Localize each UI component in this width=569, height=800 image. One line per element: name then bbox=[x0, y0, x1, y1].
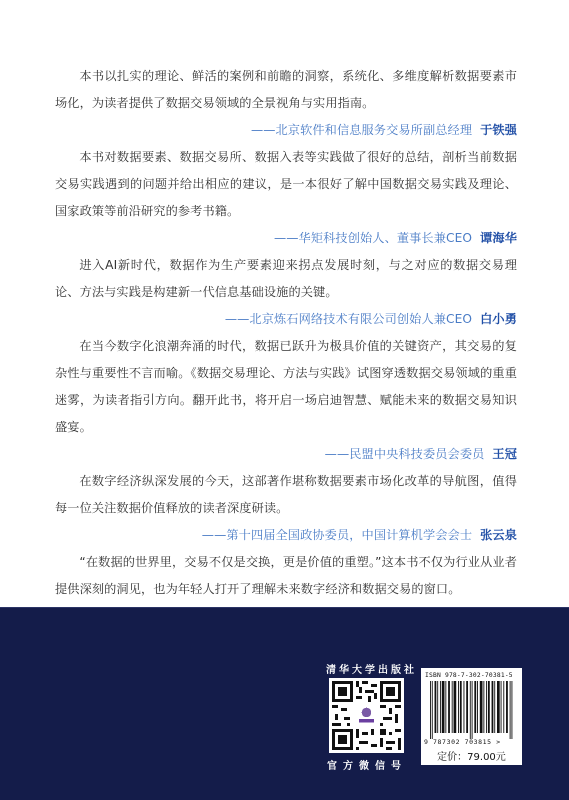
endorser-title: ——第十四届全国政协委员，中国计算机学会会士 bbox=[202, 528, 472, 542]
endorsement: 本书对数据要素、数据交易所、数据入表等实践做了很好的总结，剖析当前数据交易实践遇… bbox=[55, 144, 517, 252]
endorsement-text: 在数字经济纵深发展的今天，这部著作堪称数据要素市场化改革的导航图，值得每一位关注… bbox=[55, 468, 517, 522]
endorsement-text: 本书以扎实的理论、鲜活的案例和前瞻的洞察，系统化、多维度解析数据要素市场化，为读… bbox=[55, 63, 517, 117]
qr-code-icon[interactable] bbox=[329, 678, 404, 753]
price-label: 定价：79.00元 bbox=[421, 748, 522, 763]
endorsement: 在数字经济纵深发展的今天，这部著作堪称数据要素市场化改革的导航图，值得每一位关注… bbox=[55, 468, 517, 549]
endorser-title: ——民盟中央科技委员会委员 bbox=[325, 447, 485, 461]
endorser-name: 白小勇 bbox=[480, 312, 517, 326]
endorsement-attribution: ——北京软件和信息服务交易所副总经理于铁强 bbox=[55, 117, 517, 144]
endorsement: 进入AI新时代，数据作为生产要素迎来拐点发展时刻，与之对应的数据交易理论、方法与… bbox=[55, 252, 517, 333]
barcode-icon bbox=[430, 681, 516, 739]
endorser-title: ——华矩科技创始人、董事长兼CEO bbox=[274, 231, 472, 245]
endorser-name: 张云泉 bbox=[480, 528, 517, 542]
endorsement-attribution: ——第十四届全国政协委员，中国计算机学会会士张云泉 bbox=[55, 522, 517, 549]
endorser-name: 于铁强 bbox=[480, 123, 517, 137]
isbn-number: ISBN 978-7-302-70381-5 bbox=[425, 672, 519, 679]
book-back-cover: 本书以扎实的理论、鲜活的案例和前瞻的洞察，系统化、多维度解析数据要素市场化，为读… bbox=[0, 0, 569, 800]
qr-code-graphic bbox=[329, 678, 404, 753]
endorser-title: ——北京软件和信息服务交易所副总经理 bbox=[251, 123, 472, 137]
endorsement-text: 进入AI新时代，数据作为生产要素迎来拐点发展时刻，与之对应的数据交易理论、方法与… bbox=[55, 252, 517, 306]
endorsement: 本书以扎实的理论、鲜活的案例和前瞻的洞察，系统化、多维度解析数据要素市场化，为读… bbox=[55, 63, 517, 144]
ean-digits: 9 787302 703815 > bbox=[424, 738, 520, 746]
endorser-title: ——北京炼石网络技术有限公司创始人兼CEO bbox=[225, 312, 472, 326]
publisher-name: 清华大学出版社 bbox=[326, 661, 408, 676]
isbn-barcode: ISBN 978-7-302-70381-5 9 787302 70381 bbox=[421, 668, 522, 765]
endorsement: 在当今数字化浪潮奔涌的时代，数据已跃升为极具价值的关键资产，其交易的复杂性与重要… bbox=[55, 333, 517, 468]
endorsement-text: 本书对数据要素、数据交易所、数据入表等实践做了很好的总结，剖析当前数据交易实践遇… bbox=[55, 144, 517, 225]
endorsement-attribution: ——华矩科技创始人、董事长兼CEO谭海华 bbox=[55, 225, 517, 252]
endorsement-text: 在当今数字化浪潮奔涌的时代，数据已跃升为极具价值的关键资产，其交易的复杂性与重要… bbox=[55, 333, 517, 441]
endorsement-attribution: ——民盟中央科技委员会委员王冠 bbox=[55, 441, 517, 468]
endorsement-attribution: ——北京炼石网络技术有限公司创始人兼CEO白小勇 bbox=[55, 306, 517, 333]
endorsement-text: “在数据的世界里，交易不仅是交换，更是价值的重塑。”这本书不仅为行业从业者提供深… bbox=[55, 549, 517, 603]
endorser-name: 谭海华 bbox=[480, 231, 517, 245]
endorser-name: 王冠 bbox=[492, 447, 517, 461]
qr-code-label: 官方微信号 bbox=[326, 757, 408, 772]
